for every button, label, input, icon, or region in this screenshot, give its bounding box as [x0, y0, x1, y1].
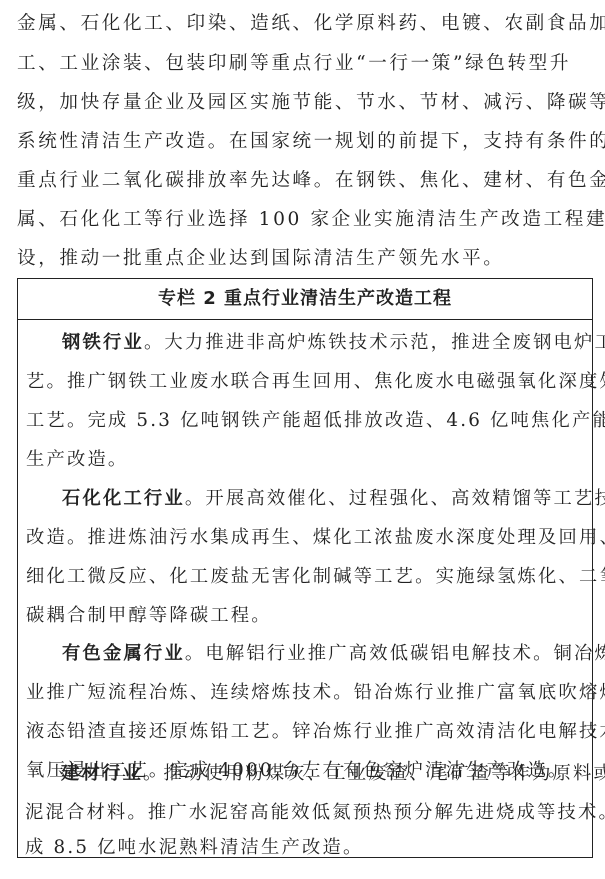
section-text: 。推动使用粉煤灰、工业废渣、尾矿渣等作为原料或水	[143, 763, 605, 784]
section-keyword: 建材行业	[61, 763, 143, 784]
box-title: 专栏 2 重点行业清洁生产改造工程	[18, 279, 592, 320]
section-text: 。开展高效催化、过程强化、高效精馏等工艺技术	[185, 488, 605, 509]
intro-line: 系统性清洁生产改造。在国家统一规划的前提下，支持有条件的	[17, 130, 605, 154]
section-line: 艺。推广钢铁工业废水联合再生回用、焦化废水电磁强氧化深度处理	[26, 370, 605, 394]
section-first-line: 石化化工行业。开展高效催化、过程强化、高效精馏等工艺技术	[62, 487, 605, 511]
section-line: 碳耦合制甲醇等降碳工程。	[26, 604, 272, 628]
section-line: 改造。推进炼油污水集成再生、煤化工浓盐废水深度处理及回用、精	[26, 526, 605, 550]
section-line: 业推广短流程冶炼、连续熔炼技术。铅冶炼行业推广富氧底吹熔炼、	[26, 681, 605, 705]
intro-line: 重点行业二氧化碳排放率先达峰。在钢铁、焦化、建材、有色金	[17, 169, 605, 193]
intro-line: 设，推动一批重点企业达到国际清洁生产领先水平。	[17, 247, 504, 271]
section-keyword: 钢铁行业	[62, 332, 144, 353]
section-keyword: 石化化工行业	[62, 488, 185, 509]
section-keyword: 有色金属行业	[62, 643, 185, 664]
section-line: 生产改造。	[26, 448, 128, 472]
intro-line: 金属、石化化工、印染、造纸、化学原料药、电镀、农副食品加	[17, 12, 605, 36]
section-first-line: 钢铁行业。大力推进非高炉炼铁技术示范，推进全废钢电炉工	[62, 331, 605, 355]
section-line: 细化工微反应、化工废盐无害化制碱等工艺。实施绿氢炼化、二氧化	[26, 565, 605, 589]
section-line: 液态铅渣直接还原炼铅工艺。锌冶炼行业推广高效清洁化电解技术、	[26, 720, 605, 744]
section-text: 。电解铝行业推广高效低碳铝电解技术。铜冶炼行	[185, 643, 605, 664]
section-line: 成 8.5 亿吨水泥熟料清洁生产改造。	[25, 839, 363, 857]
section-first-line: 建材行业。推动使用粉煤灰、工业废渣、尾矿渣等作为原料或水	[61, 762, 605, 786]
section-first-line: 有色金属行业。电解铝行业推广高效低碳铝电解技术。铜冶炼行	[62, 642, 605, 666]
intro-line: 工、工业涂装、包装印刷等重点行业“一行一策”绿色转型升	[17, 52, 571, 76]
section-text: 。大力推进非高炉炼铁技术示范，推进全废钢电炉工	[144, 332, 605, 353]
intro-line: 级，加快存量企业及园区实施节能、节水、节材、减污、降碳等	[17, 91, 605, 115]
intro-line: 属、石化化工等行业选择 100 家企业实施清洁生产改造工程建	[17, 208, 605, 232]
section-line: 泥混合材料。推广水泥窑高能效低氮预热预分解先进烧成等技术。完	[25, 801, 605, 825]
section-line: 工艺。完成 5.3 亿吨钢铁产能超低排放改造、4.6 亿吨焦化产能清洁	[26, 409, 605, 433]
